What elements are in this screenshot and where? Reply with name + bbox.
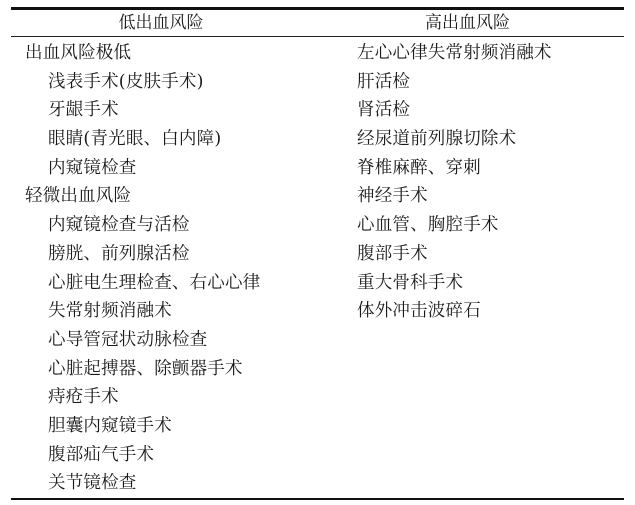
low-risk-item: 心导管冠状动脉检查 xyxy=(11,326,349,355)
low-risk-item: 失常射频消融术 xyxy=(11,297,349,326)
low-risk-item: 牙龈手术 xyxy=(11,96,349,125)
low-risk-group-slight: 轻微出血风险 xyxy=(11,182,349,211)
low-risk-item: 胆囊内窥镜手术 xyxy=(11,412,349,441)
low-risk-item: 关节镜检查 xyxy=(11,469,349,498)
low-risk-item: 腹部疝气手术 xyxy=(11,441,349,470)
high-risk-item: 左心心律失常射频消融术 xyxy=(349,39,624,68)
low-risk-item: 内窥镜检查与活检 xyxy=(11,211,349,240)
high-risk-item: 神经手术 xyxy=(349,182,624,211)
high-risk-item: 重大骨科手术 xyxy=(349,269,624,298)
header-high-risk: 高出血风险 xyxy=(311,10,624,36)
low-risk-item: 心脏起搏器、除颤器手术 xyxy=(11,355,349,384)
low-risk-column: 出血风险极低 浅表手术(皮肤手术) 牙龈手术 眼睛(青光眼、白内障) 内窥镜检查… xyxy=(11,39,349,498)
table-header: 低出血风险 高出血风险 xyxy=(11,10,624,36)
low-risk-item: 心脏电生理检查、右心心律 xyxy=(11,269,349,298)
table-body: 出血风险极低 浅表手术(皮肤手术) 牙龈手术 眼睛(青光眼、白内障) 内窥镜检查… xyxy=(11,37,624,498)
low-risk-item: 痔疮手术 xyxy=(11,383,349,412)
high-risk-item: 脊椎麻醉、穿刺 xyxy=(349,154,624,183)
low-risk-item: 眼睛(青光眼、白内障) xyxy=(11,125,349,154)
low-risk-item: 内窥镜检查 xyxy=(11,154,349,183)
high-risk-item: 经尿道前列腺切除术 xyxy=(349,125,624,154)
high-risk-item: 腹部手术 xyxy=(349,240,624,269)
low-risk-group-very-low: 出血风险极低 xyxy=(11,39,349,68)
high-risk-column: 左心心律失常射频消融术 肝活检 肾活检 经尿道前列腺切除术 脊椎麻醉、穿刺 神经… xyxy=(349,39,624,498)
high-risk-item: 肝活检 xyxy=(349,68,624,97)
header-low-risk: 低出血风险 xyxy=(11,10,311,36)
high-risk-item: 体外冲击波碎石 xyxy=(349,297,624,326)
high-risk-item: 肾活检 xyxy=(349,96,624,125)
low-risk-item: 膀胱、前列腺活检 xyxy=(11,240,349,269)
bleeding-risk-table: 低出血风险 高出血风险 出血风险极低 浅表手术(皮肤手术) 牙龈手术 眼睛(青光… xyxy=(11,7,624,500)
table-bottom-rule xyxy=(11,498,624,500)
low-risk-item: 浅表手术(皮肤手术) xyxy=(11,68,349,97)
high-risk-item: 心血管、胸腔手术 xyxy=(349,211,624,240)
